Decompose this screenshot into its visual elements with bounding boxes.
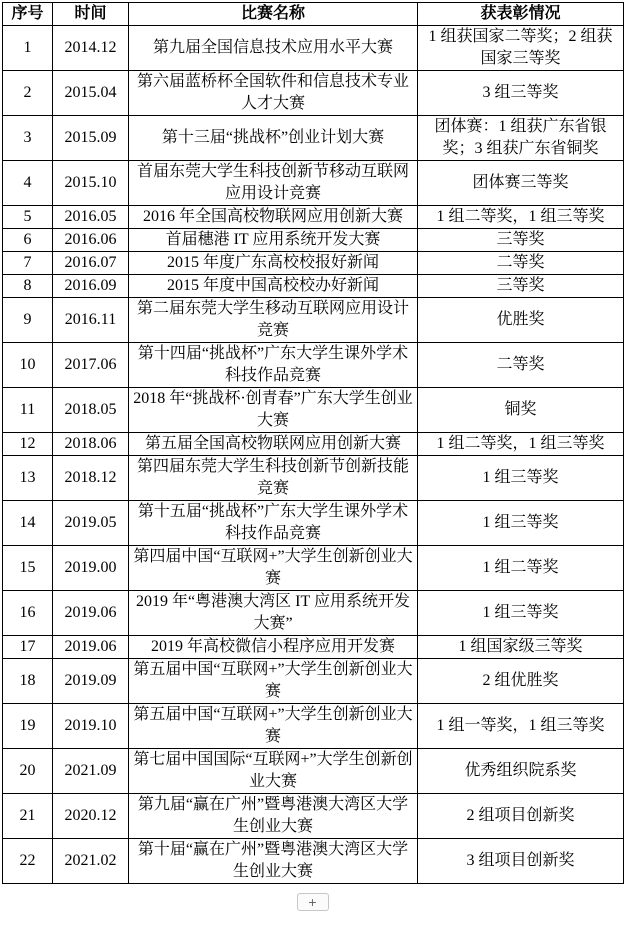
table-row: 22 2021.02 第十届“赢在广州”暨粤港澳大湾区大学生创业大赛 3 组项目… xyxy=(3,839,624,884)
header-cell-award[interactable]: 获表彰情况 xyxy=(418,3,624,26)
cell-no[interactable]: 12 xyxy=(3,433,53,456)
cell-award[interactable]: 1 组二等奖 xyxy=(418,546,624,591)
cell-time[interactable]: 2019.09 xyxy=(53,659,129,704)
table-row: 17 2019.06 2019 年高校微信小程序应用开发赛 1 组国家级三等奖 xyxy=(3,636,624,659)
cell-time[interactable]: 2019.10 xyxy=(53,704,129,749)
cell-award[interactable]: 优秀组织院系奖 xyxy=(418,749,624,794)
cell-no[interactable]: 21 xyxy=(3,794,53,839)
cell-name[interactable]: 第六届蓝桥杯全国软件和信息技术专业人才大赛 xyxy=(129,71,418,116)
cell-no[interactable]: 6 xyxy=(3,229,53,252)
table-row: 11 2018.05 2018 年“挑战杯·创青春”广东大学生创业大赛 铜奖 xyxy=(3,388,624,433)
cell-award[interactable]: 1 组三等奖 xyxy=(418,591,624,636)
table-row: 2 2015.04 第六届蓝桥杯全国软件和信息技术专业人才大赛 3 组三等奖 xyxy=(3,71,624,116)
cell-name[interactable]: 第七届中国国际“互联网+”大学生创新创业大赛 xyxy=(129,749,418,794)
cell-award[interactable]: 1 组一等奖，1 组三等奖 xyxy=(418,704,624,749)
cell-no[interactable]: 18 xyxy=(3,659,53,704)
cell-no[interactable]: 15 xyxy=(3,546,53,591)
cell-no[interactable]: 22 xyxy=(3,839,53,884)
cell-name[interactable]: 第十届“赢在广州”暨粤港澳大湾区大学生创业大赛 xyxy=(129,839,418,884)
cell-award[interactable]: 1 组二等奖，1 组三等奖 xyxy=(418,433,624,456)
cell-award[interactable]: 铜奖 xyxy=(418,388,624,433)
cell-time[interactable]: 2015.09 xyxy=(53,116,129,161)
cell-name[interactable]: 第四届中国“互联网+”大学生创新创业大赛 xyxy=(129,546,418,591)
cell-no[interactable]: 8 xyxy=(3,275,53,298)
cell-time[interactable]: 2021.09 xyxy=(53,749,129,794)
cell-time[interactable]: 2015.04 xyxy=(53,71,129,116)
cell-time[interactable]: 2015.10 xyxy=(53,161,129,206)
cell-time[interactable]: 2017.06 xyxy=(53,343,129,388)
cell-award[interactable]: 2 组项目创新奖 xyxy=(418,794,624,839)
table-row: 7 2016.07 2015 年度广东高校校报好新闻 二等奖 xyxy=(3,252,624,275)
cell-no[interactable]: 10 xyxy=(3,343,53,388)
cell-name[interactable]: 第四届东莞大学生科技创新节创新技能竞赛 xyxy=(129,456,418,501)
cell-no[interactable]: 16 xyxy=(3,591,53,636)
cell-name[interactable]: 2019 年“粤港澳大湾区 IT 应用系统开发大赛” xyxy=(129,591,418,636)
cell-no[interactable]: 14 xyxy=(3,501,53,546)
table-row: 6 2016.06 首届穗港 IT 应用系统开发大赛 三等奖 xyxy=(3,229,624,252)
header-cell-no[interactable]: 序号 xyxy=(3,3,53,26)
cell-no[interactable]: 11 xyxy=(3,388,53,433)
cell-name[interactable]: 第九届全国信息技术应用水平大赛 xyxy=(129,26,418,71)
cell-award[interactable]: 1 组获国家二等奖；2 组获国家三等奖 xyxy=(418,26,624,71)
table-row: 20 2021.09 第七届中国国际“互联网+”大学生创新创业大赛 优秀组织院系… xyxy=(3,749,624,794)
cell-no[interactable]: 13 xyxy=(3,456,53,501)
table-row: 4 2015.10 首届东莞大学生科技创新节移动互联网应用设计竞赛 团体赛三等奖 xyxy=(3,161,624,206)
cell-name[interactable]: 第十五届“挑战杯”广东大学生课外学术科技作品竞赛 xyxy=(129,501,418,546)
cell-no[interactable]: 19 xyxy=(3,704,53,749)
add-row-button[interactable]: + xyxy=(297,893,329,911)
header-cell-time[interactable]: 时间 xyxy=(53,3,129,26)
cell-award[interactable]: 优胜奖 xyxy=(418,298,624,343)
cell-name[interactable]: 第十四届“挑战杯”广东大学生课外学术科技作品竞赛 xyxy=(129,343,418,388)
cell-time[interactable]: 2019.05 xyxy=(53,501,129,546)
cell-time[interactable]: 2018.12 xyxy=(53,456,129,501)
cell-name[interactable]: 首届东莞大学生科技创新节移动互联网应用设计竞赛 xyxy=(129,161,418,206)
cell-award[interactable]: 1 组三等奖 xyxy=(418,456,624,501)
table-row: 15 2019.00 第四届中国“互联网+”大学生创新创业大赛 1 组二等奖 xyxy=(3,546,624,591)
cell-no[interactable]: 7 xyxy=(3,252,53,275)
cell-name[interactable]: 首届穗港 IT 应用系统开发大赛 xyxy=(129,229,418,252)
table-row: 21 2020.12 第九届“赢在广州”暨粤港澳大湾区大学生创业大赛 2 组项目… xyxy=(3,794,624,839)
cell-no[interactable]: 1 xyxy=(3,26,53,71)
cell-time[interactable]: 2016.05 xyxy=(53,206,129,229)
cell-no[interactable]: 17 xyxy=(3,636,53,659)
cell-award[interactable]: 三等奖 xyxy=(418,275,624,298)
table-row: 8 2016.09 2015 年度中国高校校办好新闻 三等奖 xyxy=(3,275,624,298)
table-row: 9 2016.11 第二届东莞大学生移动互联网应用设计竞赛 优胜奖 xyxy=(3,298,624,343)
table-row: 1 2014.12 第九届全国信息技术应用水平大赛 1 组获国家二等奖；2 组获… xyxy=(3,26,624,71)
table-row: 14 2019.05 第十五届“挑战杯”广东大学生课外学术科技作品竞赛 1 组三… xyxy=(3,501,624,546)
cell-award[interactable]: 团体赛三等奖 xyxy=(418,161,624,206)
cell-name[interactable]: 第五届中国“互联网+”大学生创新创业大赛 xyxy=(129,704,418,749)
cell-award[interactable]: 二等奖 xyxy=(418,252,624,275)
cell-time[interactable]: 2016.07 xyxy=(53,252,129,275)
table-row: 18 2019.09 第五届中国“互联网+”大学生创新创业大赛 2 组优胜奖 xyxy=(3,659,624,704)
cell-name[interactable]: 2018 年“挑战杯·创青春”广东大学生创业大赛 xyxy=(129,388,418,433)
cell-name[interactable]: 2016 年全国高校物联网应用创新大赛 xyxy=(129,206,418,229)
cell-no[interactable]: 20 xyxy=(3,749,53,794)
header-row: 序号 时间 比赛名称 获表彰情况 xyxy=(3,3,624,26)
cell-award[interactable]: 1 组国家级三等奖 xyxy=(418,636,624,659)
cell-name[interactable]: 2015 年度广东高校校报好新闻 xyxy=(129,252,418,275)
table-row: 5 2016.05 2016 年全国高校物联网应用创新大赛 1 组二等奖，1 组… xyxy=(3,206,624,229)
cell-award[interactable]: 团体赛：1 组获广东省银奖；3 组获广东省铜奖 xyxy=(418,116,624,161)
cell-name[interactable]: 第九届“赢在广州”暨粤港澳大湾区大学生创业大赛 xyxy=(129,794,418,839)
cell-name[interactable]: 2019 年高校微信小程序应用开发赛 xyxy=(129,636,418,659)
cell-no[interactable]: 2 xyxy=(3,71,53,116)
cell-time[interactable]: 2016.09 xyxy=(53,275,129,298)
cell-time[interactable]: 2018.05 xyxy=(53,388,129,433)
cell-award[interactable]: 1 组三等奖 xyxy=(418,501,624,546)
cell-award[interactable]: 3 组三等奖 xyxy=(418,71,624,116)
cell-no[interactable]: 4 xyxy=(3,161,53,206)
cell-time[interactable]: 2018.06 xyxy=(53,433,129,456)
add-row-container: + xyxy=(2,893,623,911)
cell-name[interactable]: 第十三届“挑战杯”创业计划大赛 xyxy=(129,116,418,161)
cell-award[interactable]: 3 组项目创新奖 xyxy=(418,839,624,884)
awards-table: 序号 时间 比赛名称 获表彰情况 1 2014.12 第九届全国信息技术应用水平… xyxy=(2,2,624,884)
document-page: 序号 时间 比赛名称 获表彰情况 1 2014.12 第九届全国信息技术应用水平… xyxy=(0,0,626,911)
table-row: 19 2019.10 第五届中国“互联网+”大学生创新创业大赛 1 组一等奖，1… xyxy=(3,704,624,749)
cell-time[interactable]: 2016.11 xyxy=(53,298,129,343)
table-row: 3 2015.09 第十三届“挑战杯”创业计划大赛 团体赛：1 组获广东省银奖；… xyxy=(3,116,624,161)
cell-time[interactable]: 2020.12 xyxy=(53,794,129,839)
table-row: 10 2017.06 第十四届“挑战杯”广东大学生课外学术科技作品竞赛 二等奖 xyxy=(3,343,624,388)
header-cell-name[interactable]: 比赛名称 xyxy=(129,3,418,26)
cell-no[interactable]: 5 xyxy=(3,206,53,229)
cell-time[interactable]: 2014.12 xyxy=(53,26,129,71)
cell-name[interactable]: 第二届东莞大学生移动互联网应用设计竞赛 xyxy=(129,298,418,343)
table-body: 1 2014.12 第九届全国信息技术应用水平大赛 1 组获国家二等奖；2 组获… xyxy=(3,26,624,884)
table-row: 13 2018.12 第四届东莞大学生科技创新节创新技能竞赛 1 组三等奖 xyxy=(3,456,624,501)
cell-award[interactable]: 1 组二等奖，1 组三等奖 xyxy=(418,206,624,229)
cell-time[interactable]: 2016.06 xyxy=(53,229,129,252)
cell-time[interactable]: 2019.06 xyxy=(53,591,129,636)
cell-name[interactable]: 2015 年度中国高校校办好新闻 xyxy=(129,275,418,298)
cell-no[interactable]: 9 xyxy=(3,298,53,343)
cell-time[interactable]: 2019.00 xyxy=(53,546,129,591)
cell-award[interactable]: 三等奖 xyxy=(418,229,624,252)
cell-time[interactable]: 2019.06 xyxy=(53,636,129,659)
cell-name[interactable]: 第五届全国高校物联网应用创新大赛 xyxy=(129,433,418,456)
table-row: 16 2019.06 2019 年“粤港澳大湾区 IT 应用系统开发大赛” 1 … xyxy=(3,591,624,636)
cell-award[interactable]: 2 组优胜奖 xyxy=(418,659,624,704)
cell-award[interactable]: 二等奖 xyxy=(418,343,624,388)
cell-name[interactable]: 第五届中国“互联网+”大学生创新创业大赛 xyxy=(129,659,418,704)
cell-time[interactable]: 2021.02 xyxy=(53,839,129,884)
cell-no[interactable]: 3 xyxy=(3,116,53,161)
table-row: 12 2018.06 第五届全国高校物联网应用创新大赛 1 组二等奖，1 组三等… xyxy=(3,433,624,456)
